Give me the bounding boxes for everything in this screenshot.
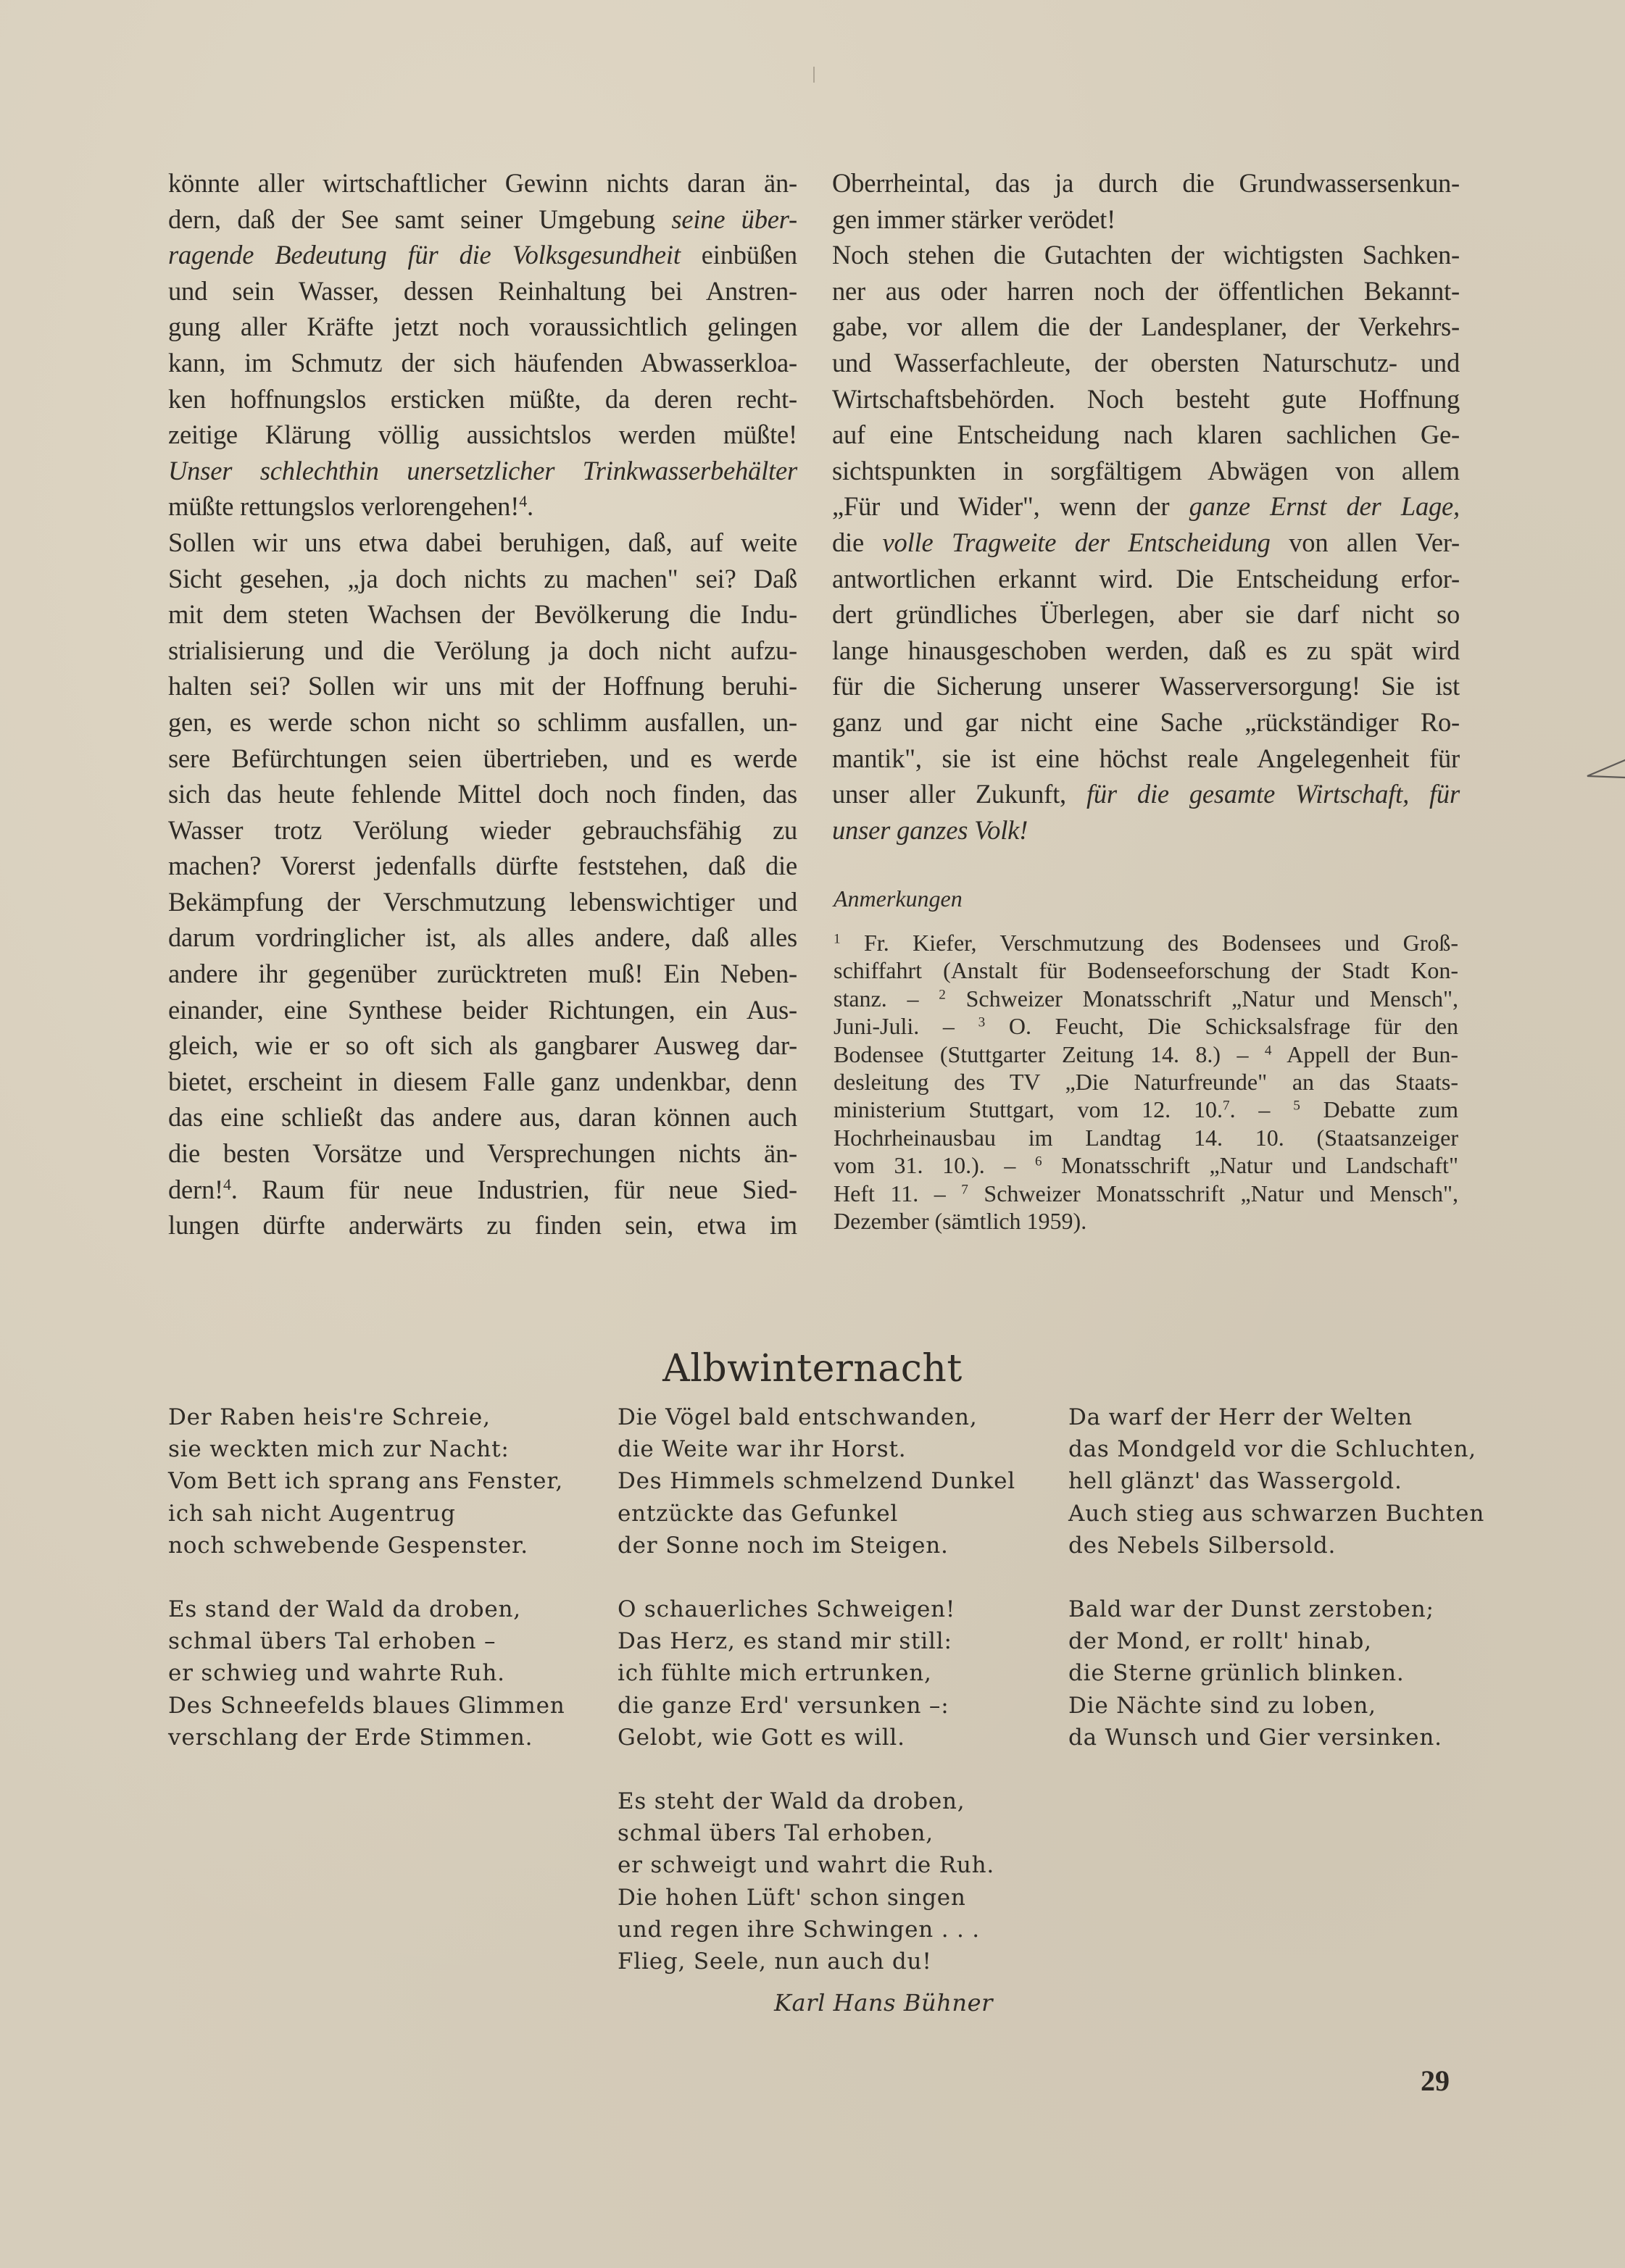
poem-verse-line: er schweigt und wahrt die Ruh. [618,1849,1015,1881]
text-segment: das eine schließt das andere aus, daran … [168,1102,797,1132]
text-segment: ken hoffnungslos ersticken müßte, da der… [168,384,797,414]
text-segment: darum vordringlicher ist, als alles ande… [168,922,797,952]
text-segment: einbüßen [681,240,797,270]
text-segment: kann, im Schmutz der sich häufenden Abwa… [168,348,797,378]
text-segment: stanz. – [834,985,939,1012]
footnote-marker: 4 [1265,1043,1272,1058]
poem-stanza: Da warf der Herr der Weltendas Mondgeld … [1068,1401,1484,1562]
poem-verse-line: ich sah nicht Augentrug [168,1498,565,1530]
text-segment: Schweizer Monatsschrift „Natur und Mensc… [968,1180,1458,1206]
text-line: darum vordringlicher ist, als alles ande… [168,920,797,956]
text-line: dern!4. Raum für neue Industrien, für ne… [168,1172,797,1208]
text-segment: desleitung des TV „Die Naturfreunde" an … [834,1069,1458,1095]
text-line: halten sei? Sollen wir uns mit der Hoffn… [168,668,797,704]
text-segment: strialisierung und die Verölung ja doch … [168,635,797,665]
text-line: Noch stehen die Gutachten der wichtigste… [832,237,1460,273]
poem-verse-line: verschlang der Erde Stimmen. [168,1722,565,1754]
text-segment: gen, es werde schon nicht so schlimm aus… [168,707,797,737]
text-line: desleitung des TV „Die Naturfreunde" an … [834,1068,1458,1096]
poem-verse-line: Auch stieg aus schwarzen Buchten [1068,1498,1484,1530]
text-segment: einander, eine Synthese beider Richtunge… [168,995,797,1025]
poem-verse-line: Die hohen Lüft' schon singen [618,1882,1015,1914]
text-line: und Wasserfachleute, der obersten Naturs… [832,345,1460,381]
poem-stanza: Es stand der Wald da droben,schmal übers… [168,1593,565,1754]
text-segment: Hochrheinausbau im Landtag 14. 10. (Staa… [834,1125,1458,1151]
text-segment: Wasser trotz Verölung wieder gebrauchsfä… [168,815,797,845]
emphasis-text: volle Tragweite der Entscheidung [883,528,1271,557]
text-segment: schiffahrt (Anstalt für Bodenseeforschun… [834,957,1458,983]
poem-verse-line: Des Himmels schmelzend Dunkel [618,1465,1015,1497]
poem-verse-line: schmal übers Tal erhoben, [618,1817,1015,1849]
poem-stanza: O schauerliches Schweigen!Das Herz, es s… [618,1593,1015,1754]
text-segment: gleich, wie er so oft sich als gangbarer… [168,1030,797,1060]
text-line: sich das heute fehlende Mittel doch noch… [168,776,797,812]
text-line: vom 31. 10.). – 6 Monatsschrift „Natur u… [834,1151,1458,1179]
footnote-marker: 5 [1293,1098,1300,1114]
text-line: und sein Wasser, dessen Reinhaltung bei … [168,273,797,309]
text-line: Heft 11. – 7 Schweizer Monatsschrift „Na… [834,1180,1458,1207]
text-segment: . [527,491,533,521]
footnote-marker: 3 [978,1015,986,1030]
emphasis-text: ganze Ernst der Lage, [1189,491,1460,521]
poem-verse-line: die ganze Erd' versunken –: [618,1690,1015,1722]
text-line: lange hinausgeschoben werden, daß es zu … [832,633,1460,669]
text-segment: Debatte zum [1300,1096,1458,1122]
text-segment: Monatsschrift „Natur und Landschaft" [1042,1152,1458,1178]
text-segment: gabe, vor allem die der Landesplaner, de… [832,312,1460,341]
text-segment: „Für und Wider", wenn der [832,491,1189,521]
poem-verse-line: Es steht der Wald da droben, [618,1785,1015,1817]
text-segment: Heft 11. – [834,1180,961,1206]
text-line: ministerium Stuttgart, vom 12. 10.7. – 5… [834,1096,1458,1123]
poem-verse-line: sie weckten mich zur Nacht: [168,1433,565,1465]
text-line: zeitige Klärung völlig aussichtslos werd… [168,417,797,453]
text-segment: für die Sicherung unserer Wasserversorgu… [832,671,1460,701]
poem-stanza: Bald war der Dunst zerstoben;der Mond, e… [1068,1593,1484,1754]
text-line: auf eine Entscheidung nach klaren sachli… [832,417,1460,453]
text-segment: Oberrheintal, das ja durch die Grundwass… [832,168,1460,198]
pencil-mark-icon [1584,757,1625,779]
text-line: die besten Vorsätze und Versprechungen n… [168,1135,797,1172]
text-segment: Juni-Juli. – [834,1013,978,1039]
text-line: Wasser trotz Verölung wieder gebrauchsfä… [168,812,797,849]
poem-verse-line: Der Raben heis're Schreie, [168,1401,565,1433]
poem-verse-line: entzückte das Gefunkel [618,1498,1015,1530]
text-line: dert gründliches Überlegen, aber sie dar… [832,596,1460,633]
text-segment: zeitige Klärung völlig aussichtslos werd… [168,420,797,449]
poem-verse-line: schmal übers Tal erhoben – [168,1625,565,1657]
text-segment: Sicht gesehen, „ja doch nichts zu machen… [168,564,797,593]
text-segment: Noch stehen die Gutachten der wichtigste… [832,240,1460,270]
text-segment: antwortlichen erkannt wird. Die Entschei… [832,564,1460,593]
text-line: einander, eine Synthese beider Richtunge… [168,992,797,1028]
poem-column-2: Die Vögel bald entschwanden,die Weite wa… [618,1401,1015,1977]
text-line: könnte aller wirtschaftlicher Gewinn nic… [168,165,797,201]
text-line: stanz. – 2 Schweizer Monatsschrift „Natu… [834,985,1458,1012]
poem-author: Karl Hans Bühner [774,1989,993,2017]
text-segment: sich das heute fehlende Mittel doch noch… [168,779,797,809]
text-segment: mit dem steten Wachsen der Bevölkerung d… [168,599,797,629]
text-line: sichtspunkten in sorgfältigem Abwägen vo… [832,453,1460,489]
text-segment: mantik", sie ist eine höchst reale Angel… [832,743,1460,773]
text-line: gleich, wie er so oft sich als gangbarer… [168,1027,797,1064]
text-line: das eine schließt das andere aus, daran … [168,1099,797,1135]
footnotes-heading: Anmerkungen [834,885,963,912]
text-line: die volle Tragweite der Entscheidung von… [832,525,1460,561]
poem-column-3: Da warf der Herr der Weltendas Mondgeld … [1068,1401,1484,1754]
poem-verse-line: Des Schneefelds blaues Glimmen [168,1690,565,1722]
text-line: für die Sicherung unserer Wasserversorgu… [832,668,1460,704]
text-segment: dern, daß der See samt seiner Umgebung [168,204,671,234]
text-segment: O. Feucht, Die Schicksalsfrage für den [985,1013,1458,1039]
poem-stanza: Die Vögel bald entschwanden,die Weite wa… [618,1401,1015,1562]
poem-verse-line: da Wunsch und Gier versinken. [1068,1722,1484,1754]
text-segment: Wirtschaftsbehörden. Noch besteht gute H… [832,384,1460,414]
text-segment: vom 31. 10.). – [834,1152,1035,1178]
text-line: Oberrheintal, das ja durch die Grundwass… [832,165,1460,201]
text-segment: sere Befürchtungen seien übertrieben, un… [168,743,797,773]
text-segment: müßte rettungslos verlorengehen! [168,491,519,521]
text-segment: Fr. Kiefer, Verschmutzung des Bodensees … [841,930,1458,956]
text-segment: Sollen wir uns etwa dabei beruhigen, daß… [168,528,797,557]
poem-verse-line: die Sterne grünlich blinken. [1068,1657,1484,1689]
text-segment: sichtspunkten in sorgfältigem Abwägen vo… [832,456,1460,485]
text-segment: dert gründliches Überlegen, aber sie dar… [832,599,1460,629]
poem-verse-line: O schauerliches Schweigen! [618,1593,1015,1625]
text-line: ner aus oder harren noch der öffentliche… [832,273,1460,309]
text-segment: lungen dürfte anderwärts zu finden sein,… [168,1210,797,1240]
text-line: 1 Fr. Kiefer, Verschmutzung des Bodensee… [834,929,1458,956]
text-line: strialisierung und die Verölung ja doch … [168,633,797,669]
poem-verse-line: der Mond, er rollt' hinab, [1068,1625,1484,1657]
text-line: ganz und gar nicht eine Sache „rückständ… [832,704,1460,741]
poem-verse-line: Gelobt, wie Gott es will. [618,1722,1015,1754]
text-line: mit dem steten Wachsen der Bevölkerung d… [168,596,797,633]
text-line: machen? Vorerst jedenfalls dürfte festst… [168,848,797,884]
poem-stanza: Der Raben heis're Schreie,sie weckten mi… [168,1401,565,1562]
text-segment: . – [1230,1096,1294,1122]
poem-verse-line: Das Herz, es stand mir still: [618,1625,1015,1657]
text-line: dern, daß der See samt seiner Umgebung s… [168,201,797,238]
footnote-marker: 1 [834,931,841,946]
text-line: gung aller Kräfte jetzt noch voraussicht… [168,309,797,345]
text-segment: und sein Wasser, dessen Reinhaltung bei … [168,276,797,306]
text-segment: Dezember (sämtlich 1959). [834,1208,1086,1234]
text-line: mantik", sie ist eine höchst reale Angel… [832,741,1460,777]
text-segment: andere ihr gegenüber zurücktreten muß! E… [168,959,797,988]
poem-verse-line: Bald war der Dunst zerstoben; [1068,1593,1484,1625]
text-line: lungen dürfte anderwärts zu finden sein,… [168,1207,797,1243]
poem-verse-line: Die Vögel bald entschwanden, [618,1401,1015,1433]
text-segment: auf eine Entscheidung nach klaren sachli… [832,420,1460,449]
text-line: Wirtschaftsbehörden. Noch besteht gute H… [832,381,1460,417]
text-segment: dern! [168,1175,223,1204]
text-line: „Für und Wider", wenn der ganze Ernst de… [832,488,1460,525]
emphasis-text: Unser schlechthin unersetzlicher Trinkwa… [168,456,797,485]
poem-verse-line: und regen ihre Schwingen . . . [618,1914,1015,1946]
poem-verse-line: er schwieg und wahrte Ruh. [168,1657,565,1689]
emphasis-text: unser ganzes Volk! [832,815,1028,845]
text-segment: ministerium Stuttgart, vom 12. 10. [834,1096,1223,1122]
text-segment: und Wasserfachleute, der obersten Naturs… [832,348,1460,378]
text-segment: lange hinausgeschoben werden, daß es zu … [832,635,1460,665]
text-segment: die besten Vorsätze und Versprechungen n… [168,1138,797,1168]
text-line: gabe, vor allem die der Landesplaner, de… [832,309,1460,345]
poem-verse-line: des Nebels Silbersold. [1068,1530,1484,1562]
page-number: 29 [1421,2064,1450,2098]
text-segment: bietet, erscheint in diesem Falle ganz u… [168,1067,797,1096]
poem-verse-line: Es stand der Wald da droben, [168,1593,565,1625]
text-line: gen, es werde schon nicht so schlimm aus… [168,704,797,741]
poem-verse-line: die Weite war ihr Horst. [618,1433,1015,1465]
poem-verse-line: Vom Bett ich sprang ans Fenster, [168,1465,565,1497]
text-line: bietet, erscheint in diesem Falle ganz u… [168,1064,797,1100]
poem-verse-line: noch schwebende Gespenster. [168,1530,565,1562]
text-segment: gen immer stärker verödet! [832,204,1115,234]
text-line: Sicht gesehen, „ja doch nichts zu machen… [168,561,797,597]
text-segment: die [832,528,883,557]
text-segment: ner aus oder harren noch der öffentliche… [832,276,1460,306]
text-segment: unser aller Zukunft, [832,779,1086,809]
footnotes: 1 Fr. Kiefer, Verschmutzung des Bodensee… [834,929,1458,1235]
article-right-column: Oberrheintal, das ja durch die Grundwass… [832,165,1460,848]
footnote-marker: 4 [223,1175,231,1193]
article-left-column: könnte aller wirtschaftlicher Gewinn nic… [168,165,797,1243]
text-line: Dezember (sämtlich 1959). [834,1207,1458,1235]
footnote-marker: 7 [1223,1098,1230,1114]
text-line: ragende Bedeutung für die Volksgesundhei… [168,237,797,273]
emphasis-text: seine über- [671,204,797,234]
text-segment: Schweizer Monatsschrift „Natur und Mensc… [946,985,1458,1012]
margin-tick-mark [813,67,815,83]
text-line: andere ihr gegenüber zurücktreten muß! E… [168,956,797,992]
text-line: kann, im Schmutz der sich häufenden Abwa… [168,345,797,381]
footnote-marker: 2 [939,987,946,1002]
text-line: müßte rettungslos verlorengehen!4. [168,488,797,525]
text-line: schiffahrt (Anstalt für Bodenseeforschun… [834,956,1458,984]
text-segment: Bekämpfung der Verschmutzung lebenswicht… [168,887,797,917]
footnote-marker: 6 [1035,1154,1042,1170]
poem-verse-line: das Mondgeld vor die Schluchten, [1068,1433,1484,1465]
text-line: antwortlichen erkannt wird. Die Entschei… [832,561,1460,597]
poem-verse-line: ich fühlte mich ertrunken, [618,1657,1015,1689]
text-segment: könnte aller wirtschaftlicher Gewinn nic… [168,168,797,198]
text-line: Sollen wir uns etwa dabei beruhigen, daß… [168,525,797,561]
poem-column-1: Der Raben heis're Schreie,sie weckten mi… [168,1401,565,1754]
text-line: Bodensee (Stuttgarter Zeitung 14. 8.) – … [834,1041,1458,1068]
poem-title: Albwinternacht [0,1347,1625,1391]
emphasis-text: ragende Bedeutung für die Volksgesundhei… [168,240,681,270]
poem-verse-line: Flieg, Seele, nun auch du! [618,1946,1015,1977]
footnote-marker: 4 [519,492,527,510]
text-line: gen immer stärker verödet! [832,201,1460,238]
text-line: Hochrheinausbau im Landtag 14. 10. (Staa… [834,1124,1458,1151]
text-segment: Bodensee (Stuttgarter Zeitung 14. 8.) – [834,1041,1265,1067]
text-line: Unser schlechthin unersetzlicher Trinkwa… [168,453,797,489]
text-line: unser ganzes Volk! [832,812,1460,849]
poem-verse-line: Da warf der Herr der Welten [1068,1401,1484,1433]
poem-verse-line: hell glänzt' das Wassergold. [1068,1465,1484,1497]
text-segment: ganz und gar nicht eine Sache „rückständ… [832,707,1460,737]
text-segment: gung aller Kräfte jetzt noch voraussicht… [168,312,797,341]
text-line: unser aller Zukunft, für die gesamte Wir… [832,776,1460,812]
text-segment: . Raum für neue Industrien, für neue Sie… [231,1175,797,1204]
text-segment: halten sei? Sollen wir uns mit der Hoffn… [168,671,797,701]
text-line: Juni-Juli. – 3 O. Feucht, Die Schicksals… [834,1012,1458,1040]
text-line: Bekämpfung der Verschmutzung lebenswicht… [168,884,797,920]
poem-verse-line: der Sonne noch im Steigen. [618,1530,1015,1562]
text-line: sere Befürchtungen seien übertrieben, un… [168,741,797,777]
poem-stanza: Es steht der Wald da droben,schmal übers… [618,1785,1015,1977]
text-line: ken hoffnungslos ersticken müßte, da der… [168,381,797,417]
emphasis-text: für die gesamte Wirtschaft, für [1086,779,1460,809]
footnote-marker: 7 [961,1182,968,1197]
text-segment: von allen Ver- [1271,528,1460,557]
text-segment: Appell der Bun- [1272,1041,1459,1067]
poem-verse-line: Die Nächte sind zu loben, [1068,1690,1484,1722]
text-segment: machen? Vorerst jedenfalls dürfte festst… [168,851,797,880]
